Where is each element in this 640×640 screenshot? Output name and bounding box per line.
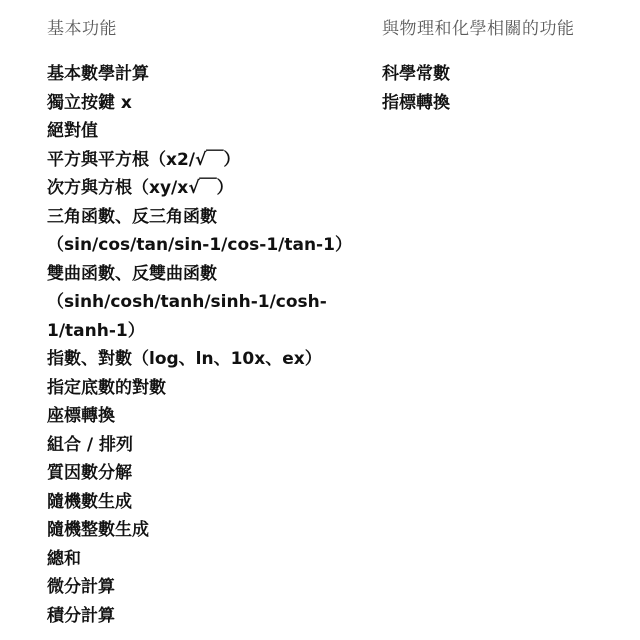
basic-functions-heading: 基本功能 — [47, 16, 347, 42]
feature-item: 質因數分解 — [47, 459, 347, 488]
physics-chemistry-heading: 與物理和化學相關的功能 — [382, 16, 622, 42]
feature-item: 組合 / 排列 — [47, 431, 347, 460]
feature-item: 平方與平方根（x2/√￣） — [47, 146, 347, 175]
feature-item: 微分計算 — [47, 573, 347, 602]
feature-item: 積分計算 — [47, 602, 347, 631]
feature-item: 獨立按鍵 x — [47, 89, 347, 118]
feature-item: （sin/cos/tan/sin-1/cos-1/tan-1） — [47, 231, 347, 260]
feature-item: 絕對值 — [47, 117, 347, 146]
feature-item: 次方與方根（xy/x√￣） — [47, 174, 347, 203]
physics-chemistry-functions-column: 與物理和化學相關的功能 科學常數 指標轉換 — [382, 16, 622, 117]
feature-item: 指標轉換 — [382, 89, 622, 118]
feature-item: （sinh/cosh/tanh/sinh-1/cosh- — [47, 288, 347, 317]
feature-item: 隨機整數生成 — [47, 516, 347, 545]
basic-functions-column: 基本功能 基本數學計算 獨立按鍵 x 絕對值 平方與平方根（x2/√￣） 次方與… — [47, 16, 347, 630]
feature-item: 1/tanh-1） — [47, 317, 347, 346]
feature-item: 雙曲函數、反雙曲函數 — [47, 260, 347, 289]
feature-item: 座標轉換 — [47, 402, 347, 431]
feature-item: 基本數學計算 — [47, 60, 347, 89]
feature-item: 科學常數 — [382, 60, 622, 89]
feature-item: 指定底數的對數 — [47, 374, 347, 403]
feature-item: 隨機數生成 — [47, 488, 347, 517]
feature-item: 總和 — [47, 545, 347, 574]
feature-item: 指數、對數（log、ln、10x、ex） — [47, 345, 347, 374]
physics-chemistry-list: 科學常數 指標轉換 — [382, 60, 622, 117]
basic-functions-list: 基本數學計算 獨立按鍵 x 絕對值 平方與平方根（x2/√￣） 次方與方根（xy… — [47, 60, 347, 630]
feature-item: 三角函數、反三角函數 — [47, 203, 347, 232]
